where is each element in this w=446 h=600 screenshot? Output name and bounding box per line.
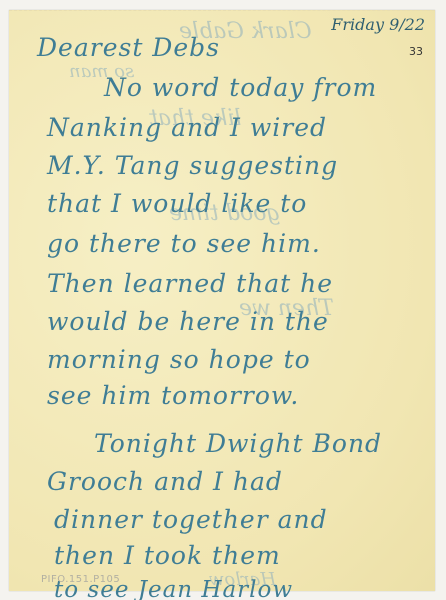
- page-number: 33: [409, 45, 423, 58]
- letter-line: Tonight Dwight Bond: [94, 429, 382, 458]
- letter-line: Then learned that he: [47, 269, 333, 298]
- accession-number: PIFO.151.P105: [41, 574, 120, 585]
- letter-line: would be here in the: [47, 307, 329, 336]
- letter-line: see him tomorrow.: [47, 381, 299, 410]
- letter-line: M.Y. Tang suggesting: [47, 151, 338, 180]
- letter-line: Grooch and I had: [47, 467, 283, 496]
- letter-line: Nanking and I wired: [47, 113, 327, 142]
- letter-date: Friday 9/22: [331, 15, 425, 34]
- letter-line: dinner together and: [54, 505, 328, 534]
- salutation: Dearest Debs: [37, 33, 220, 62]
- letter-line: morning so hope to: [47, 345, 311, 374]
- letter-page: Clark Gable so man like that good time T…: [9, 10, 435, 591]
- letter-line: No word today from: [104, 73, 377, 102]
- letter-line: that I would like to: [47, 189, 307, 218]
- letter-line: then I took them: [54, 541, 281, 570]
- letter-line: go there to see him.: [47, 229, 321, 258]
